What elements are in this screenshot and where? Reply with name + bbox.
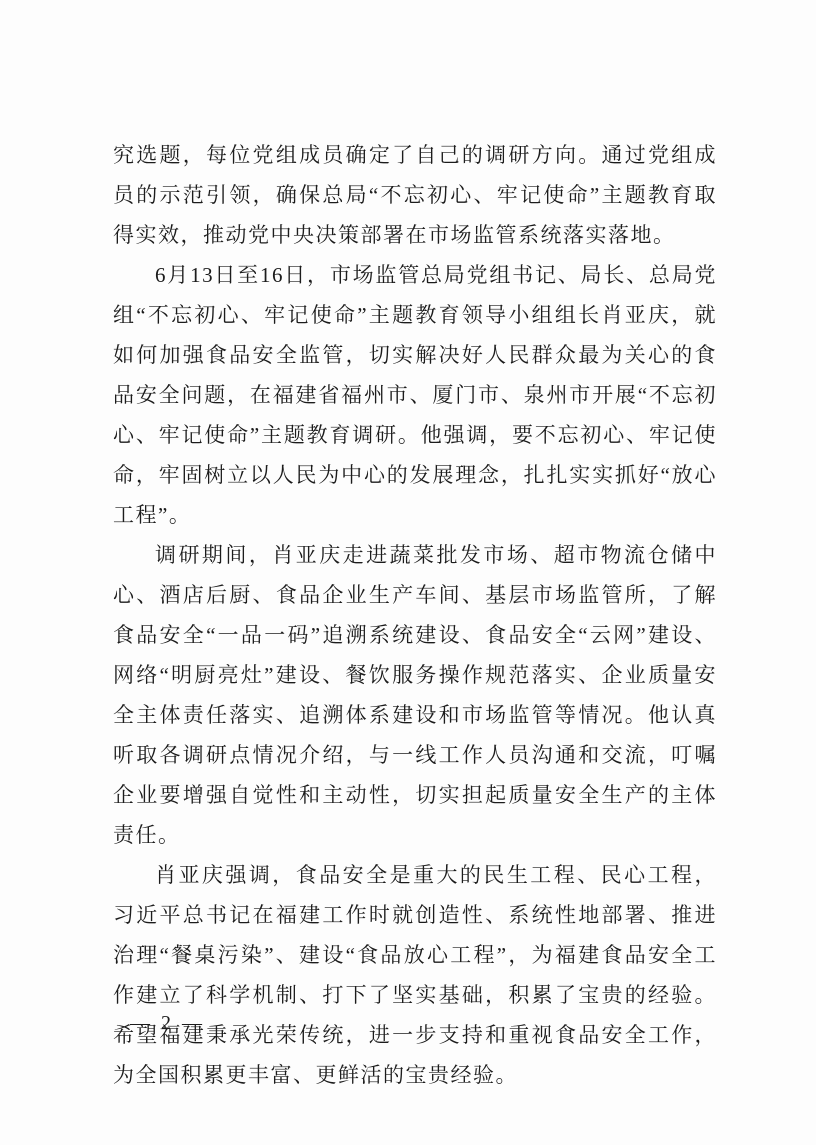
document-body: 究选题，每位党组成员确定了自己的调研方向。通过党组成员的示范引领，确保总局“不忘… — [113, 135, 717, 1095]
paragraph: 肖亚庆强调，食品安全是重大的民生工程、民心工程，习近平总书记在福建工作时就创造性… — [113, 855, 717, 1095]
paragraph-continuation: 究选题，每位党组成员确定了自己的调研方向。通过党组成员的示范引领，确保总局“不忘… — [113, 135, 717, 255]
page-number: — 2 — — [130, 1008, 205, 1038]
paragraph: 6月13日至16日，市场监管总局党组书记、局长、总局党组“不忘初心、牢记使命”主… — [113, 255, 717, 535]
paragraph: 调研期间，肖亚庆走进蔬菜批发市场、超市物流仓储中心、酒店后厨、食品企业生产车间、… — [113, 535, 717, 855]
document-page: 究选题，每位党组成员确定了自己的调研方向。通过党组成员的示范引领，确保总局“不忘… — [0, 0, 816, 1145]
